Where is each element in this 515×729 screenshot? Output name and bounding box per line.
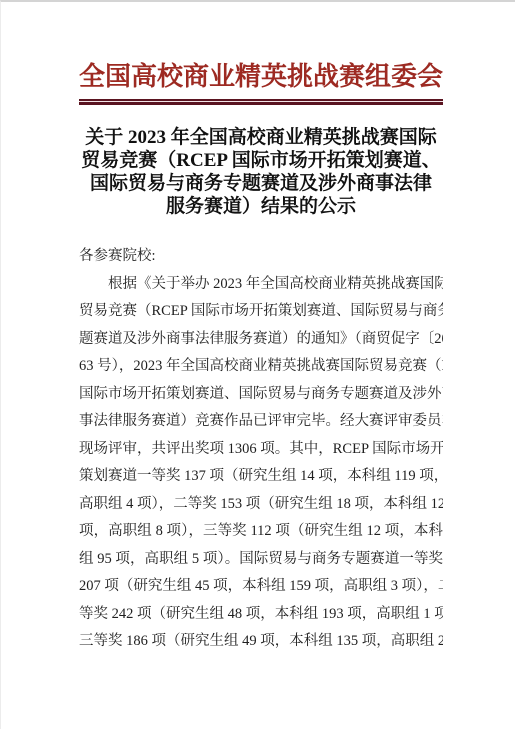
notice-title-line: 国际贸易与商务专题赛道及涉外商事法律	[79, 172, 443, 195]
notice-body-line: 题赛道及涉外商事法律服务赛道）的通知》（商贸促字〔2023〕	[79, 326, 443, 354]
notice-body-line: 国际市场开拓策划赛道、国际贸易与商务专题赛道及涉外商	[79, 381, 443, 409]
notice-title-line: 关于 2023 年全国高校商业精英挑战赛国际	[79, 126, 443, 149]
notice-body-line: 贸易竞赛（RCEP 国际市场开拓策划赛道、国际贸易与商务专	[79, 298, 443, 326]
notice-body-line: 高职组 4 项），二等奖 153 项（研究生组 18 项，本科组 127	[79, 491, 443, 519]
notice-body-line: 项，高职组 8 项），三等奖 112 项（研究生组 12 项，本科	[79, 518, 443, 546]
notice-body-line: 策划赛道一等奖 137 项（研究生组 14 项，本科组 119 项，	[79, 463, 443, 491]
document-content: 全国高校商业精英挑战赛组委会 关于 2023 年全国高校商业精英挑战赛国际贸易竞…	[79, 2, 443, 656]
notice-body-line: 207 项（研究生组 45 项，本科组 159 项，高职组 3 项），二	[79, 573, 443, 601]
notice-body: 根据《关于举办 2023 年全国高校商业精英挑战赛国际贸易竞赛（RCEP 国际市…	[79, 271, 443, 656]
notice-body-line: 组 95 项，高职组 5 项）。国际贸易与商务专题赛道一等奖	[79, 546, 443, 574]
salutation: 各参赛院校:	[79, 243, 443, 271]
org-masthead: 全国高校商业精英挑战赛组委会	[79, 2, 443, 94]
notice-body-line: 根据《关于举办 2023 年全国高校商业精英挑战赛国际	[79, 271, 443, 299]
document-page: 全国高校商业精英挑战赛组委会 关于 2023 年全国高校商业精英挑战赛国际贸易竞…	[0, 0, 515, 729]
notice-body-line: 三等奖 186 项（研究生组 49 项，本科组 135 项，高职组 2	[79, 628, 443, 656]
notice-title-line: 贸易竞赛（RCEP 国际市场开拓策划赛道、	[79, 149, 443, 172]
notice-body-line: 事法律服务赛道）竞赛作品已评审完毕。经大赛评审委员非	[79, 408, 443, 436]
rule-thick-line	[79, 102, 443, 105]
notice-body-line: 现场评审，共评出奖项 1306 项。其中，RCEP 国际市场开拓	[79, 436, 443, 464]
masthead-double-rule	[79, 99, 443, 105]
notice-body-line: 63 号），2023 年全国高校商业精英挑战赛国际贸易竞赛（RCEP	[79, 353, 443, 381]
notice-title: 关于 2023 年全国高校商业精英挑战赛国际贸易竞赛（RCEP 国际市场开拓策划…	[79, 126, 443, 218]
notice-title-line: 服务赛道）结果的公示	[79, 195, 443, 218]
notice-body-line: 等奖 242 项（研究生组 48 项，本科组 193 项，高职组 1 项），	[79, 601, 443, 629]
